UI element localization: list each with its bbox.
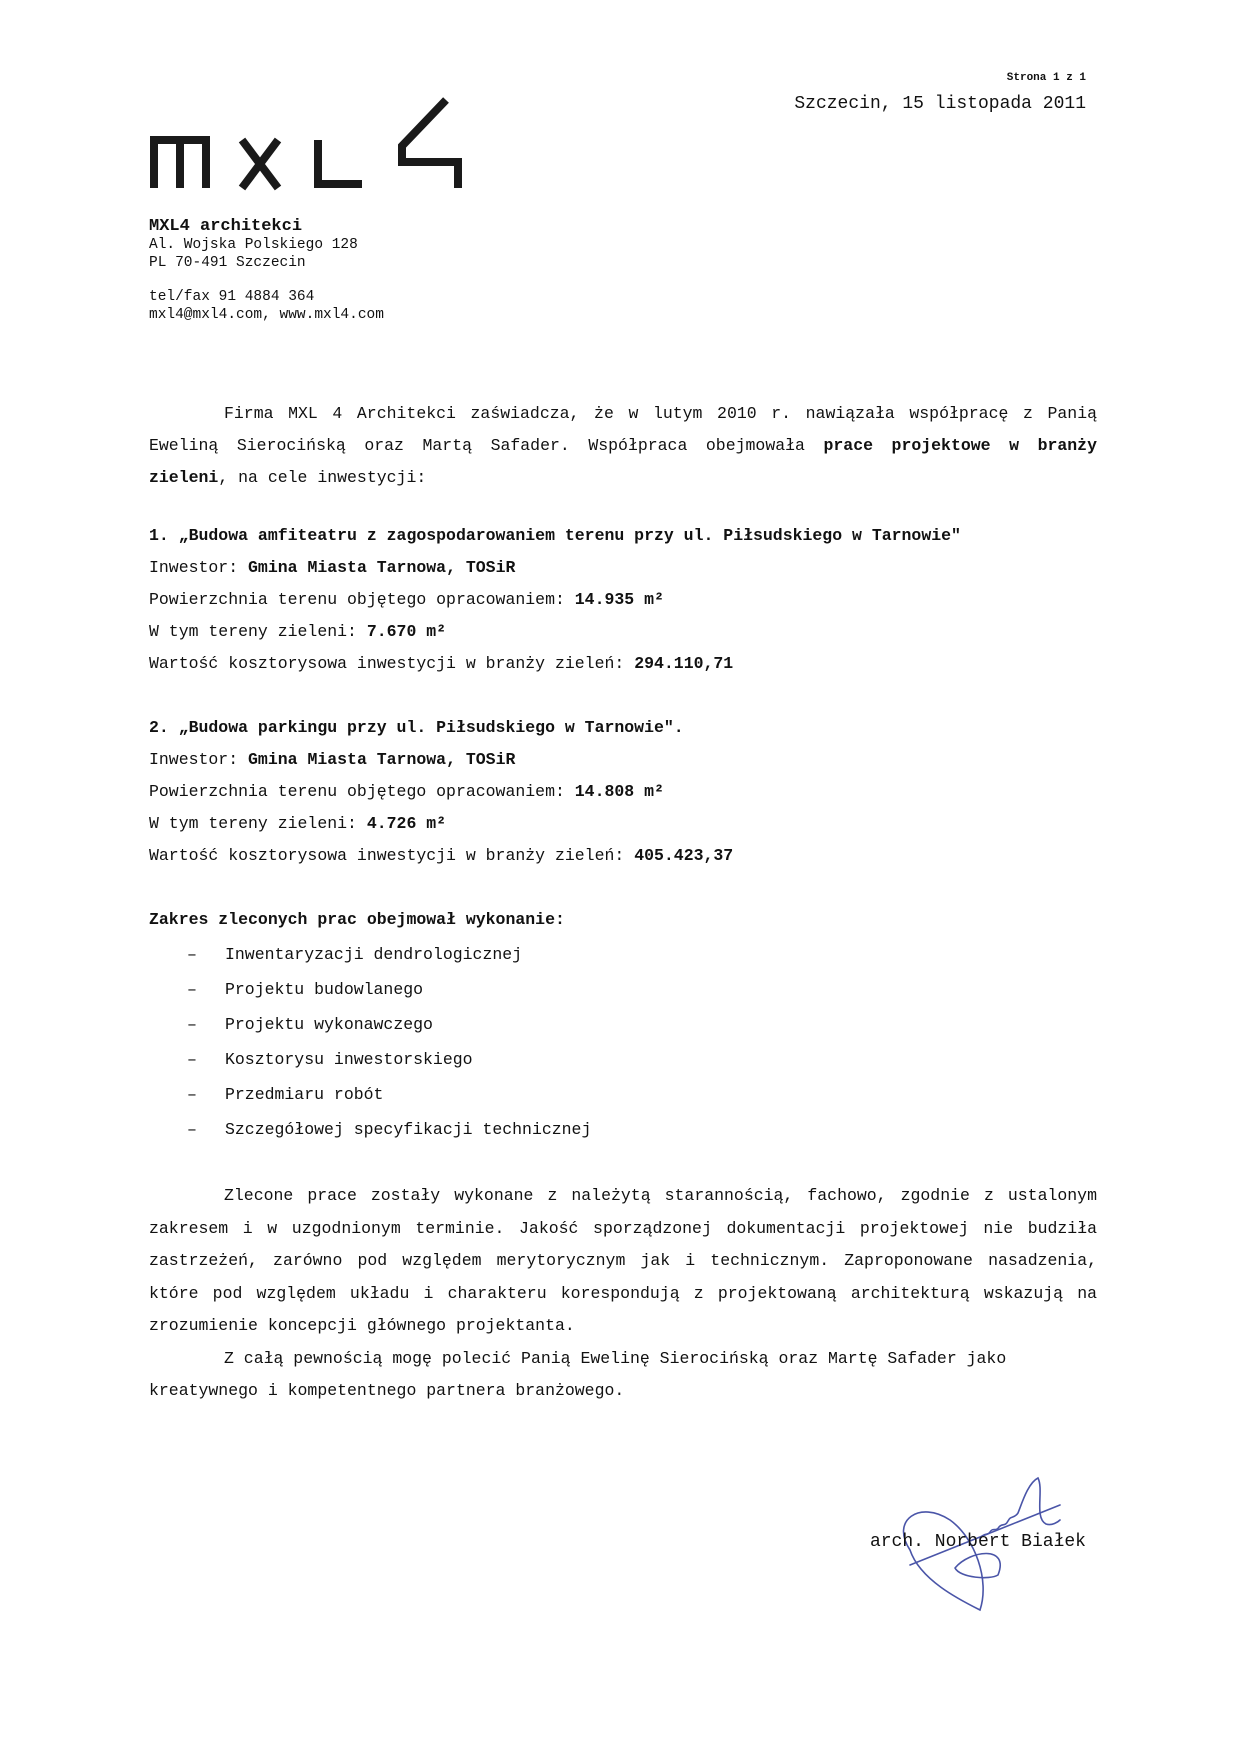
- green-value: 7.670 m²: [367, 622, 446, 641]
- area-label: Powierzchnia terenu objętego opracowanie…: [149, 782, 575, 801]
- dash-icon: –: [187, 1077, 197, 1112]
- cost-label: Wartość kosztorysowa inwestycji w branży…: [149, 654, 634, 673]
- signatory-name: arch. Norbert Białek: [870, 1532, 1086, 1552]
- list-item: –Szczegółowej specyfikacji technicznej: [149, 1112, 1097, 1147]
- dash-icon: –: [187, 1112, 197, 1147]
- area-value: 14.808 m²: [575, 782, 664, 801]
- intro-paragraph: Firma MXL 4 Architekci zaświadcza, że w …: [149, 398, 1097, 494]
- list-item: –Projektu budowlanego: [149, 972, 1097, 1007]
- dash-icon: –: [187, 972, 197, 1007]
- company-phone: tel/fax 91 4884 364: [149, 288, 384, 306]
- closing-section: Zlecone prace zostały wykonane z należyt…: [149, 1180, 1097, 1408]
- project-title: 1. „Budowa amfiteatru z zagospodarowanie…: [149, 526, 961, 545]
- area-value: 14.935 m²: [575, 590, 664, 609]
- dash-icon: –: [187, 1042, 197, 1077]
- scope-heading: Zakres zleconych prac obejmował wykonani…: [149, 910, 565, 929]
- cost-label: Wartość kosztorysowa inwestycji w branży…: [149, 846, 634, 865]
- list-item-text: Projektu wykonawczego: [225, 1015, 433, 1034]
- company-address-line1: Al. Wojska Polskiego 128: [149, 236, 384, 254]
- list-item-text: Projektu budowlanego: [225, 980, 423, 999]
- project-1: 1. „Budowa amfiteatru z zagospodarowanie…: [149, 520, 1097, 680]
- investor-label: Inwestor:: [149, 558, 248, 577]
- list-item-text: Inwentaryzacji dendrologicznej: [225, 945, 522, 964]
- list-item-text: Kosztorysu inwestorskiego: [225, 1050, 473, 1069]
- mxl4-logo: [150, 96, 470, 197]
- company-address-line2: PL 70-491 Szczecin: [149, 254, 384, 272]
- page-number: Strona 1 z 1: [1007, 72, 1086, 84]
- list-item: –Kosztorysu inwestorskiego: [149, 1042, 1097, 1077]
- green-label: W tym tereny zieleni:: [149, 814, 367, 833]
- list-item-text: Przedmiaru robót: [225, 1085, 383, 1104]
- closing-paragraph-2: Z całą pewnością mogę polecić Panią Ewel…: [149, 1343, 1097, 1408]
- dash-icon: –: [187, 1007, 197, 1042]
- green-value: 4.726 m²: [367, 814, 446, 833]
- area-label: Powierzchnia terenu objętego opracowanie…: [149, 590, 575, 609]
- cost-value: 405.423,37: [634, 846, 733, 865]
- company-name: MXL4 architekci: [149, 218, 384, 236]
- investor-value: Gmina Miasta Tarnowa, TOSiR: [248, 558, 515, 577]
- intro-text-b: , na cele inwestycji:: [218, 468, 426, 487]
- place-date: Szczecin, 15 listopada 2011: [794, 94, 1086, 114]
- cost-value: 294.110,71: [634, 654, 733, 673]
- list-item-text: Szczegółowej specyfikacji technicznej: [225, 1120, 591, 1139]
- logo-graphic: [150, 96, 470, 192]
- project-2: 2. „Budowa parkingu przy ul. Piłsudskieg…: [149, 712, 1097, 872]
- project-title: 2. „Budowa parkingu przy ul. Piłsudskieg…: [149, 718, 684, 737]
- list-item: –Projektu wykonawczego: [149, 1007, 1097, 1042]
- closing-paragraph-1: Zlecone prace zostały wykonane z należyt…: [149, 1180, 1097, 1343]
- company-contact: mxl4@mxl4.com, www.mxl4.com: [149, 306, 384, 324]
- list-item: –Przedmiaru robót: [149, 1077, 1097, 1112]
- scope-list: –Inwentaryzacji dendrologicznej –Projekt…: [149, 937, 1097, 1147]
- list-item: –Inwentaryzacji dendrologicznej: [149, 937, 1097, 972]
- company-block: MXL4 architekci Al. Wojska Polskiego 128…: [149, 218, 384, 324]
- investor-value: Gmina Miasta Tarnowa, TOSiR: [248, 750, 515, 769]
- scope-section: Zakres zleconych prac obejmował wykonani…: [149, 902, 1097, 1147]
- dash-icon: –: [187, 937, 197, 972]
- investor-label: Inwestor:: [149, 750, 248, 769]
- green-label: W tym tereny zieleni:: [149, 622, 367, 641]
